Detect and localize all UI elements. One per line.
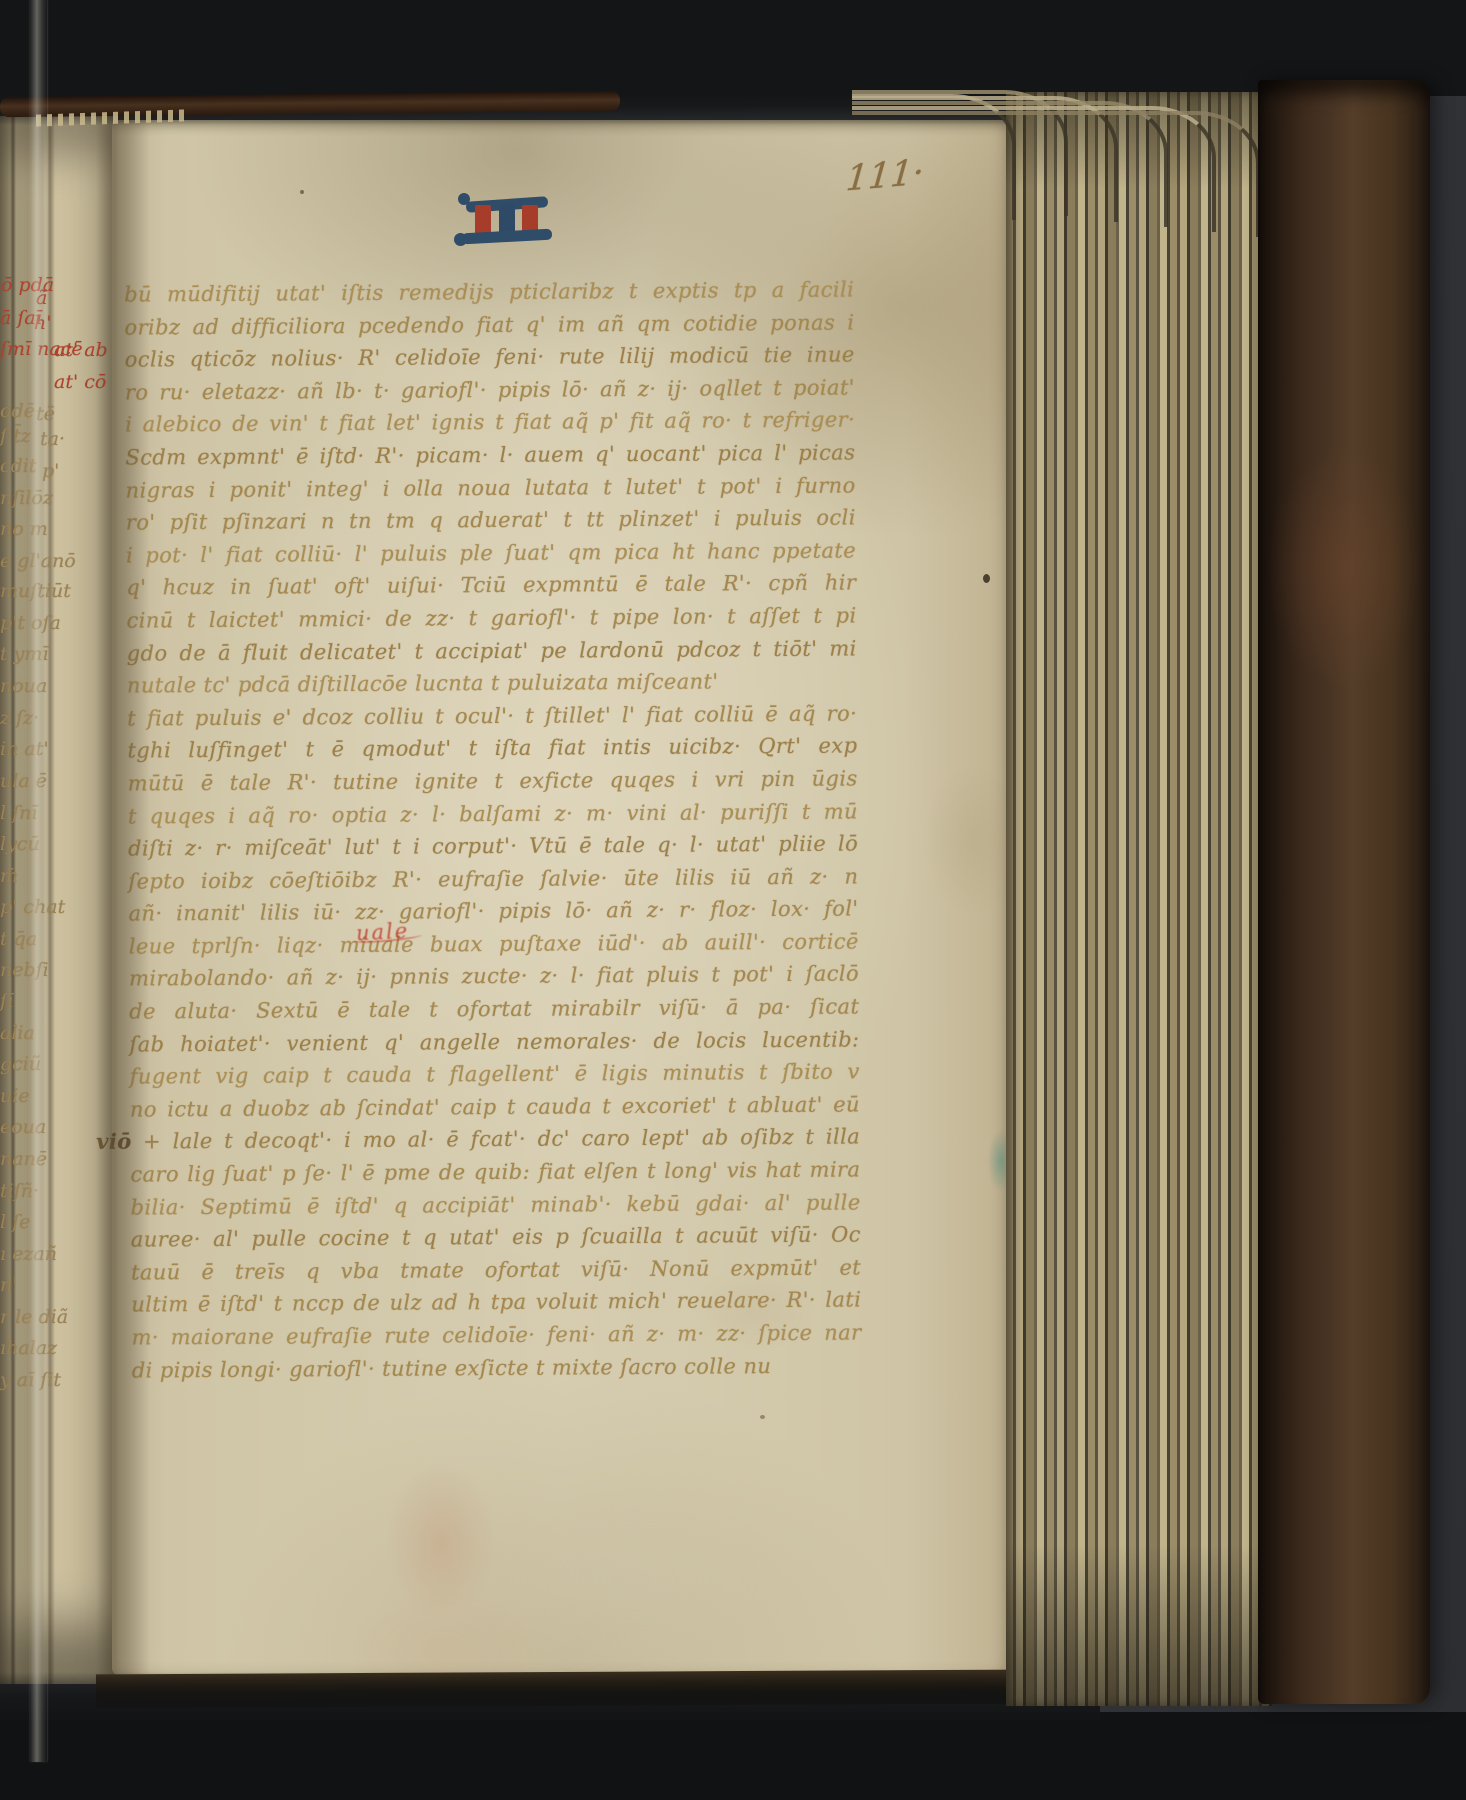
margin-text-fragment: e gl'anō	[0, 550, 76, 572]
text-line: de aluta· Sextū ē tale t ofortat mirabil…	[129, 991, 859, 1029]
margin-text-fragment: ſ·t̄z	[0, 425, 31, 447]
text-line: ſab hoiatet'· venient q' angelle nemoral…	[129, 1023, 859, 1061]
background-bottom	[0, 1712, 1466, 1800]
text-line: caro lig ſuat' p ſe· l' ē pme de quib: f…	[130, 1153, 860, 1191]
wormhole-speck	[983, 574, 990, 583]
margin-text-fragment: gciũ	[0, 1053, 41, 1075]
text-line: cinū t laictet' mmici· de zz· t gariofl'…	[126, 599, 856, 637]
text-line: nigras i ponit' integ' i olla noua lutat…	[126, 469, 856, 507]
margin-text-fragment: ula ē	[0, 770, 47, 792]
page-edge-stack	[1006, 92, 1272, 1706]
margin-word: viō	[96, 1129, 132, 1154]
text-line: ro ru· eletazz· añ lb· t· gariofl'· pipi…	[125, 371, 855, 409]
text-line: oclis qticōz nolius· R' celidoīe feni· r…	[125, 339, 855, 377]
text-line: ſepto ioibz cōeſtiōibz R'· eufraſie ſalv…	[128, 860, 858, 898]
text-line: tauū ē treīs q vba tmate ofortat viſū· N…	[131, 1251, 861, 1289]
text-block: bū mūdifitij utat' iſtis remedijs pticla…	[124, 273, 862, 1386]
text-line: auree· al' pulle cocine t q utat' eis p …	[131, 1219, 861, 1257]
text-line: añ· inanit' lilis iū· zz· gariofl'· pipi…	[128, 893, 858, 931]
margin-text-fragment: p'	[42, 460, 59, 482]
margin-text-fragment: odē	[0, 400, 35, 422]
margin-text-fragment: l·ſe	[0, 1211, 30, 1233]
text-line: no ictu a duobz ab ſcindat' caip t cauda…	[130, 1088, 860, 1126]
stain	[386, 1462, 496, 1622]
manuscript-photo: 111· bū mūdifitij utat' iſtis remedijs p…	[0, 0, 1466, 1800]
margin-text-fragment: in at'	[0, 738, 49, 760]
text-line: t quqes i aq̃ ro· optia z· l· balſami z·…	[128, 795, 858, 833]
margin-text-fragment: tiſñ·	[0, 1180, 39, 1202]
text-line: viō + lale t decoqt'· i mo al· ē fcat'· …	[96, 1121, 860, 1159]
text-line: mūtū ē tale R'· tutine ignite t exficte …	[128, 762, 858, 800]
text-line: tghi luſfinget' t ē qmodut' t iſta fiat …	[127, 730, 857, 768]
leather-cover	[1258, 80, 1430, 1704]
margin-text-fragment: eoua	[0, 1116, 46, 1138]
text-line: q' hcuz in ſuat' oft' uiſui· Tciū expmnt…	[126, 567, 856, 605]
text-line: Scdm expmnt' ē iſtd· R'· picam· l· auem …	[125, 436, 855, 474]
text-line: m· maiorane eufraſie rute celidoīe· feni…	[131, 1316, 861, 1354]
margin-text-fragment: uie	[0, 1085, 30, 1107]
margin-text-fragment: nanē	[0, 1148, 47, 1170]
margin-text-fragment: r le diã	[0, 1306, 68, 1328]
rubric-fragment: ã	[36, 287, 47, 309]
text-line: ultim ē iſtd' t nccp de ulz ad h tpa vol…	[131, 1284, 861, 1322]
text-line: gdo de ā fluit delicatet' t accipiat' pe…	[127, 632, 857, 670]
text-line: di pipis longi· gariofl'· tutine exſicte…	[132, 1349, 862, 1387]
margin-text-fragment: ıhalaz	[0, 1337, 57, 1359]
text-line: nutale tc' pdcā diſtillacōe lucnta t pul…	[127, 665, 857, 703]
background-top	[0, 0, 1466, 96]
margin-text-fragment: tē	[36, 403, 55, 425]
margin-text-fragment: ı ezañ	[0, 1243, 57, 1265]
text-line: i alebico de vin' t fiat let' ignis t fi…	[125, 404, 855, 442]
speck	[300, 190, 304, 194]
text-line: oribz ad difficiliora pcedendo fiat q' i…	[124, 306, 854, 344]
margin-text-fragment: nebſi	[0, 959, 49, 981]
speck	[760, 1415, 765, 1419]
bottom-shadow-wedge	[0, 1660, 1100, 1720]
folio-number: 111·	[844, 152, 925, 199]
margin-text-fragment: ta·	[40, 428, 65, 450]
margin-text-fragment: alia	[0, 1022, 35, 1044]
text-line: mirabolando· añ z· ij· pnnis zucte· z· l…	[129, 958, 859, 996]
text-line: bilia· Septimū ē iſtd' q accipiāt' minab…	[131, 1186, 861, 1224]
margin-text-fragment: p' chat	[0, 896, 65, 918]
margin-text-fragment: n'	[0, 1274, 17, 1296]
margin-text-fragment: t ymī	[0, 643, 49, 665]
margin-text-fragment: no m	[0, 518, 48, 540]
text-line: bū mūdifitij utat' iſtis remedijs pticla…	[124, 273, 854, 311]
roman-numeral-iii-ornament	[460, 192, 554, 250]
margin-text-fragment: y aī ſit	[0, 1369, 61, 1391]
red-correction: uale	[355, 919, 409, 946]
text-line: diſti z· r· miſceāt' lut' t i corput'· V…	[128, 828, 858, 866]
text-line: t fiat puluis e' dcoz colliu t ocul'· t …	[127, 697, 857, 735]
rubric-fragment: at' cō	[54, 371, 106, 393]
text-line: ro' pſit pſinzari n tn tm q aduerat' t t…	[126, 502, 856, 540]
margin-fragments: ō pdāãā ſaīh'ſmī nacēat' abat' cōodētēſ·…	[0, 0, 112, 1800]
margin-text-fragment: m̄	[0, 865, 18, 887]
text-line: fugent vig caip t cauda t flagellent' ē …	[130, 1056, 860, 1094]
margin-text-fragment: p't oſa	[0, 612, 61, 634]
margin-text-fragment: muſtiūt	[0, 580, 71, 602]
margin-text-fragment: z ſz·	[0, 707, 39, 729]
text-line: i pot· l' fiat colliū· l' puluis ple ſua…	[126, 534, 856, 572]
rubric-fragment: at' ab	[54, 339, 108, 361]
margin-text-fragment: cdit	[0, 455, 37, 477]
margin-text-fragment: lycū	[0, 833, 40, 855]
margin-text-fragment: l ſnī	[0, 802, 37, 824]
margin-text-fragment: noua	[0, 675, 47, 697]
rubric-fragment: h'	[34, 312, 51, 334]
margin-text-fragment: ſī	[0, 990, 13, 1012]
text-line: leue tprlſn· liqz· miuale buax puſtaxe i…	[129, 925, 859, 963]
margin-text-fragment: nſilōz	[0, 487, 53, 509]
margin-text-fragment: t q̄a	[0, 928, 37, 950]
